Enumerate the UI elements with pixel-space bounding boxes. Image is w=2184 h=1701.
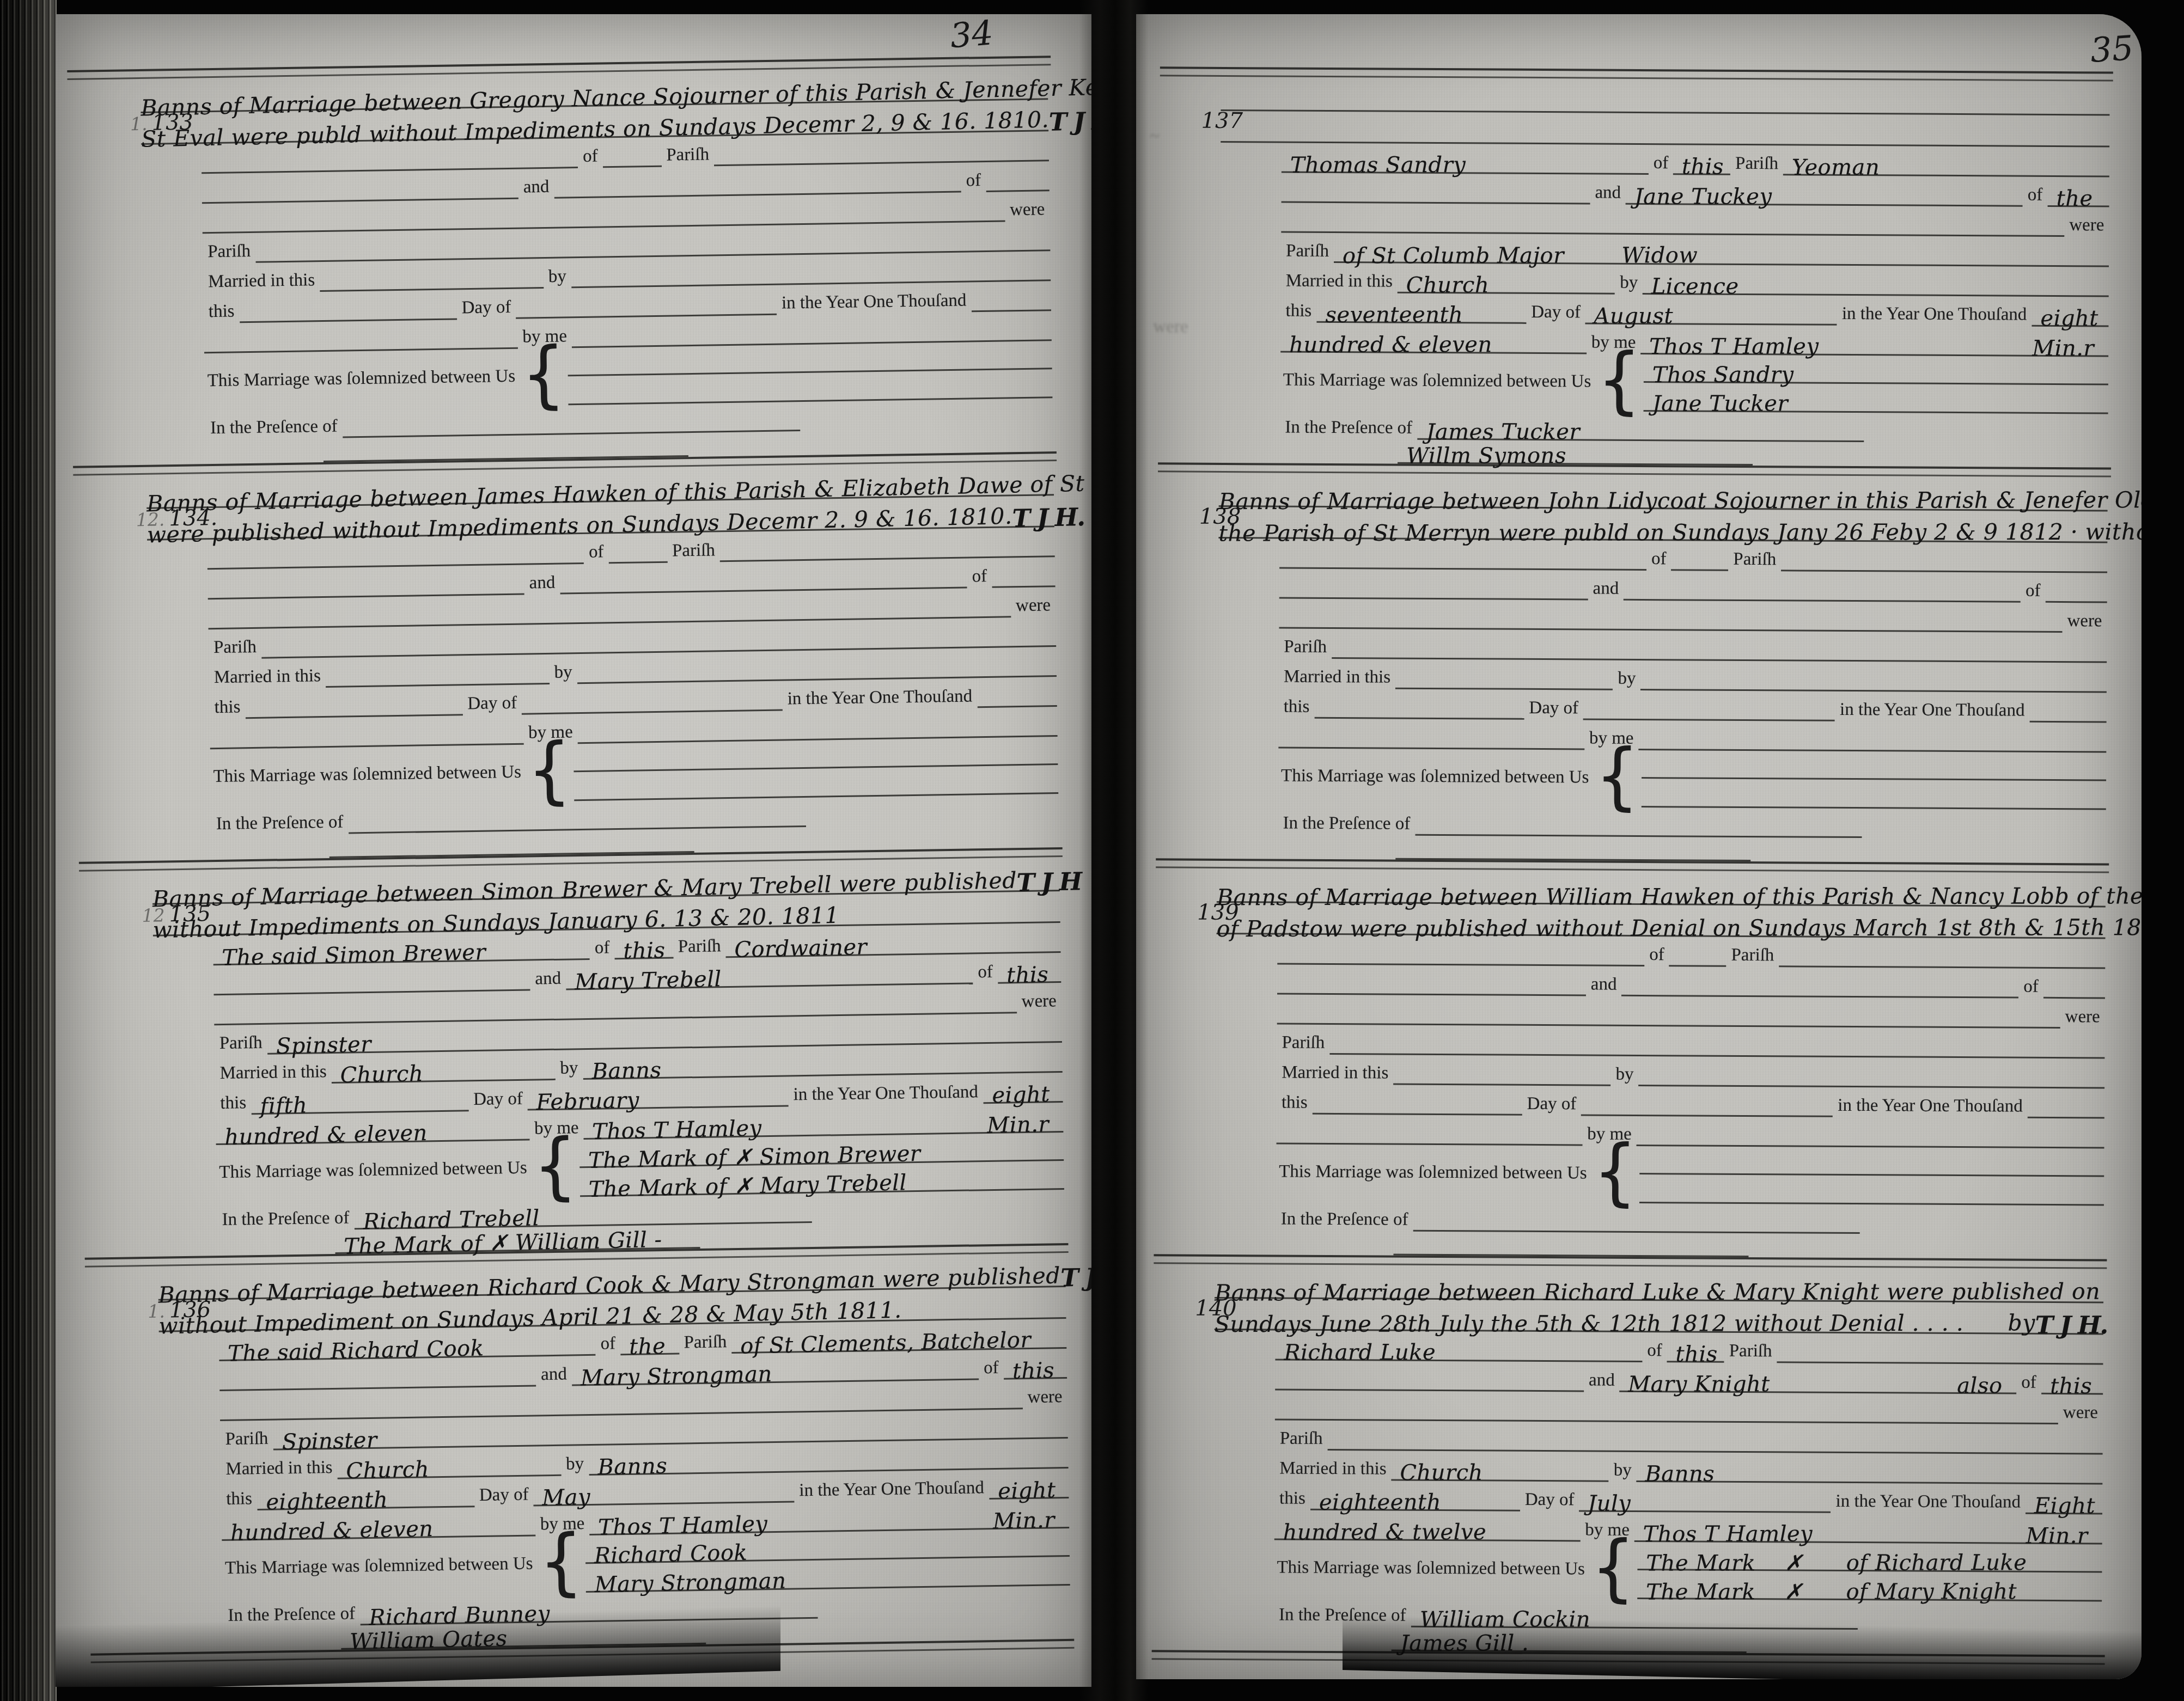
printed-married-in-this: Married in this: [221, 1458, 338, 1481]
form-line-solemnized: This Marriage was ſolemnized between Us …: [1276, 748, 2107, 809]
year-continue-blank: hundred & eleven: [1280, 329, 1587, 354]
signature-lines: [1639, 1146, 2104, 1206]
printed-year-one-thousand: in the Year One Thouſand: [1837, 304, 2032, 327]
minister-title: Min.r: [978, 1113, 1064, 1136]
printed-year-one-thousand: in the Year One Thouſand: [1835, 700, 2030, 723]
form-line-presence: In the Preſence of: [1278, 805, 2106, 840]
form-line-witness2: James Gill .: [1392, 1627, 2102, 1655]
minister-signature: Thos T Hamley: [1640, 336, 1819, 358]
year-continue-blank: hundred & eleven: [216, 1117, 529, 1146]
brace-glyph: {: [533, 1137, 578, 1196]
signature-lines: Thos Sandry Jane Tucker: [1643, 354, 2108, 414]
marriage-day: eighteenth: [1310, 1491, 1441, 1513]
minister-initials: T J H: [1016, 869, 1087, 895]
bride-status: Spinster: [273, 1429, 377, 1453]
month-blank: May: [533, 1479, 794, 1506]
printed-parish: Pariſh: [667, 540, 720, 562]
printed-of: of: [1649, 153, 1674, 175]
marriage-year-part1: eight: [2032, 308, 2098, 329]
witness1-signature: James Tucker: [1417, 421, 1580, 443]
bride-name: Jane Tuckey: [1626, 186, 1772, 207]
printed-day-of: Day of: [1526, 302, 1585, 325]
marriage-year-part1: eight: [989, 1479, 1056, 1503]
printed-married-in-this: Married in this: [1274, 1458, 1391, 1480]
brace-glyph: {: [1593, 1143, 1637, 1202]
printed-day-of: Day of: [468, 1089, 528, 1112]
printed-parish: Pariſh: [220, 1429, 273, 1451]
witness2-signature: Willm Symons: [1398, 445, 1566, 467]
printed-in-presence: In the Preſence of: [1276, 1209, 1413, 1231]
entry-number: 137: [1201, 108, 1243, 133]
brace-glyph: {: [1591, 1539, 1636, 1598]
marriage-month: May: [533, 1486, 591, 1509]
brace-glyph: {: [539, 1532, 584, 1592]
bride-name: Mary Strongman: [572, 1363, 773, 1390]
day-blank: eighteenth: [1310, 1487, 1520, 1512]
minister-initials: T J H.: [1060, 1264, 1091, 1290]
printed-parish: Pariſh: [673, 936, 726, 958]
page-right-content: 35 137 Thomas Sandry of this Pariſh Yeom…: [1136, 14, 2142, 1679]
marriage-month: February: [527, 1090, 639, 1113]
printed-year-one-thousand: in the Year One Thouſand: [1831, 1491, 2026, 1514]
signature-lines: [574, 736, 1059, 801]
banns-line-1: Banns of Marriage between Richard Luke &…: [1215, 1267, 2103, 1304]
printed-of: of: [595, 1333, 620, 1356]
minister-title: Min.r: [2017, 1525, 2102, 1547]
form-line-were: were: [1277, 994, 2105, 1029]
form-line-parish: Pariſh of St Columb Major Widow: [1281, 233, 2109, 267]
bride-signature-blank: [1642, 779, 2106, 810]
printed-parish: Pariſh: [209, 637, 261, 659]
married-place-blank: Church: [1398, 270, 1615, 295]
bride-of-blank: [2043, 997, 2105, 999]
printed-married-in-this: Married in this: [1279, 667, 1395, 689]
bride-status: of St Columb Major Widow: [1334, 244, 1698, 267]
printed-and: and: [536, 1364, 572, 1386]
book-spine-edge: [0, 0, 57, 1701]
page-right-header: 35: [1156, 21, 2128, 71]
form-line-date: this Day of in the Year One Thouſand: [1279, 689, 2107, 723]
printed-by: by: [561, 1454, 589, 1476]
minister-title: Min.r: [984, 1509, 1070, 1532]
printed-of: of: [979, 1358, 1004, 1380]
form-line-names: Thomas Sandry of this Pariſh Yeoman: [1282, 143, 2109, 178]
banns-text-2: of Padstow were published without Denial…: [1217, 916, 2142, 940]
married-place: Church: [337, 1459, 429, 1483]
brace-glyph: {: [527, 741, 572, 800]
married-by-blank: Banns: [1637, 1459, 2103, 1484]
register-entry: 1.136 Banns of Marriage between Richard …: [81, 1252, 1089, 1653]
printed-of: of: [2018, 977, 2043, 999]
register-entry: 12135 Banns of Marriage between Simon Br…: [75, 857, 1083, 1258]
of-parish-blank: this: [1667, 1339, 1724, 1363]
witness2-signature: William Oates: [341, 1627, 508, 1653]
printed-this: this: [215, 1093, 251, 1115]
minister-title: Min.r: [2023, 338, 2108, 359]
printed-of: of: [2016, 1373, 2041, 1394]
minister-initials: T J H.: [1012, 505, 1090, 531]
register-entry: 137 Thomas Sandry of this Pariſh Yeoman …: [1154, 76, 2128, 467]
printed-year-one-thousand: in the Year One Thouſand: [783, 686, 978, 711]
year-blank: eight: [989, 1475, 1069, 1500]
minister-signature: Thos T Hamley: [1634, 1523, 1813, 1546]
printed-were: were: [1022, 1387, 1067, 1409]
groom-parish-word: this: [614, 940, 666, 963]
bride-name: Mary Trebell: [566, 968, 722, 993]
bride-also-word: also: [1948, 1375, 2016, 1397]
printed-day-of: Day of: [1524, 698, 1583, 720]
printed-this: this: [1279, 697, 1315, 719]
printed-by: by: [555, 1058, 583, 1080]
bride-signature: Jane Tucker: [1643, 393, 1788, 414]
groom-signature: Thos Sandry: [1644, 364, 1794, 386]
banns-line-1: Banns of Marriage between John Lidycoat …: [1219, 475, 2108, 512]
form-line-witness2: [1395, 836, 2106, 864]
entries-column-left: 1.133 Banns of Marriage between Gregory …: [63, 65, 1090, 1663]
printed-married-in-this: Married in this: [1281, 271, 1398, 293]
marriage-day: seventeenth: [1316, 304, 1463, 326]
printed-solemnized: This Marriage was ſolemnized between Us: [1272, 1557, 1590, 1581]
printed-year-one-thousand: in the Year One Thouſand: [777, 290, 972, 315]
printed-by: by: [1611, 1064, 1639, 1086]
married-place-blank: Church: [337, 1453, 561, 1479]
bride-parish-word: this: [997, 964, 1048, 987]
form-line-bride: and of: [1277, 964, 2105, 999]
minister-signature: Thos T Hamley: [589, 1513, 768, 1539]
printed-and: and: [1586, 974, 1622, 996]
printed-this: this: [204, 301, 240, 323]
brace-glyph: {: [1597, 351, 1642, 410]
marriage-day: fifth: [251, 1094, 308, 1117]
minister-blank: Thos T Hamley Min.r: [1634, 1519, 2102, 1544]
printed-and: and: [1584, 1370, 1620, 1392]
printed-year-one-thousand: in the Year One Thouſand: [794, 1478, 989, 1502]
groom-parish-word: this: [1667, 1343, 1718, 1365]
printed-parish: Pariſh: [1726, 945, 1779, 968]
occupation-blank: Cordwainer: [725, 929, 1060, 958]
printed-solemnized: This Marriage was ſolemnized between Us: [1278, 370, 1596, 393]
page-left: 34 1.133 Banns of Marriage between Grego…: [56, 14, 1091, 1687]
bleedthrough-text: ~: [1150, 126, 1160, 146]
of-parish-blank: the: [620, 1331, 679, 1356]
day-blank: fifth: [251, 1088, 469, 1115]
form-line-presence: In the Preſence of: [1276, 1201, 2104, 1235]
page-number: 34: [949, 14, 995, 56]
bride-of-blank: this: [997, 959, 1061, 984]
printed-by: by: [549, 662, 577, 684]
printed-parish: Pariſh: [1724, 1341, 1777, 1363]
printed-parish: Pariſh: [679, 1332, 731, 1354]
form-line-byme: hundred & eleven by me Thos T Hamley Min…: [1280, 323, 2108, 357]
marriage-year-part2: hundred & eleven: [1280, 334, 1492, 356]
printed-by: by: [544, 266, 572, 289]
groom-signature-blank: [1642, 750, 2106, 781]
day-blank: eighteenth: [257, 1484, 475, 1510]
married-place: Church: [1398, 274, 1489, 296]
minister-blank: Thos T Hamley Min.r: [1640, 331, 2108, 357]
register-entry: 140 Banns of Marriage between Richard Lu…: [1148, 1264, 2122, 1655]
of-parish-blank: this: [614, 935, 673, 960]
year-continue-blank: hundred & twelve: [1274, 1516, 1581, 1541]
printed-of: of: [2023, 185, 2048, 207]
banns-text-1: Banns of Marriage between John Lidycoat …: [1219, 489, 2142, 513]
brace-glyph: {: [521, 345, 566, 405]
bride-parish-word: this: [1003, 1360, 1054, 1382]
day-blank: seventeenth: [1316, 299, 1526, 324]
groom-occupation: Cordwainer: [725, 936, 868, 961]
groom-name: Richard Luke: [1275, 1342, 1436, 1364]
form-line-byme: by me: [1277, 1114, 2104, 1148]
printed-this: this: [221, 1489, 257, 1511]
signature-lines: [568, 340, 1053, 405]
form-line-bride: and of: [1279, 569, 2107, 603]
printed-solemnized: This Marriage was ſolemnized between Us: [214, 1158, 532, 1185]
register-entry: 12.134. Banns of Marriage between James …: [69, 461, 1077, 862]
register-entry: 138 Banns of Marriage between John Lidyc…: [1151, 472, 2126, 863]
printed-and: and: [530, 969, 566, 991]
printed-parish: Pariſh: [1728, 549, 1781, 572]
of-parish-blank: this: [1673, 151, 1730, 175]
bride-signature: Mary Strongman: [585, 1570, 786, 1596]
printed-this: this: [1277, 1092, 1313, 1114]
form-line-byme: by me: [1278, 719, 2106, 753]
printed-day-of: Day of: [456, 297, 516, 320]
printed-solemnized: This Marriage was ſolemnized between Us: [202, 366, 520, 393]
banns-line-1: [1221, 79, 2109, 116]
bride-of-blank: the: [2047, 183, 2109, 207]
banns-text-2: the Parish of St Merryn were publd on Su…: [1218, 521, 2142, 544]
printed-solemnized: This Marriage was ſolemnized between Us: [1276, 766, 1594, 789]
married-by: Banns: [589, 1455, 668, 1478]
year-blank: eight: [983, 1079, 1063, 1104]
bride-name-blank: Jane Tuckey: [1626, 181, 2023, 207]
groom-signature: Richard Cook: [585, 1542, 747, 1567]
groom-name: The said Richard Cook: [219, 1337, 484, 1365]
printed-in-presence: In the Preſence of: [223, 1604, 360, 1627]
printed-this: this: [1280, 301, 1316, 323]
groom-occupation: Yeoman: [1783, 157, 1880, 179]
banns-line-1: Banns of Marriage between William Hawken…: [1217, 871, 2106, 908]
marriage-year-part2: hundred & eleven: [216, 1122, 428, 1148]
witness1-signature: Richard Trebell: [354, 1207, 540, 1233]
of-parish-blank: [1669, 965, 1727, 967]
groom-signature: The Mark ✗ of Richard Luke: [1637, 1552, 2027, 1574]
occupation-blank: of St Clements, Batchelor: [731, 1325, 1066, 1354]
groom-parish-word: this: [1673, 156, 1724, 178]
groom-occupation: of St Clements, Batchelor: [731, 1329, 1032, 1357]
printed-solemnized: This Marriage was ſolemnized between Us: [1274, 1161, 1592, 1185]
printed-married-in-this: Married in this: [209, 666, 326, 689]
brace-glyph: {: [1595, 747, 1639, 806]
year-blank: eight: [2032, 303, 2108, 327]
marriage-year-part2: hundred & twelve: [1274, 1521, 1486, 1544]
printed-by: by: [1613, 669, 1640, 690]
printed-were: were: [2060, 1007, 2105, 1029]
married-by: Licence: [1643, 276, 1739, 297]
printed-were: were: [2058, 1403, 2103, 1424]
printed-in-presence: In the Preſence of: [205, 417, 343, 440]
signature-lines: [1642, 750, 2107, 810]
printed-were: were: [2064, 215, 2109, 237]
entries-column-right: 137 Thomas Sandry of this Pariſh Yeoman …: [1148, 76, 2128, 1665]
printed-of: of: [578, 146, 603, 168]
printed-parish: Pariſh: [1275, 1428, 1328, 1451]
parish-status-blank: of St Columb Major Widow: [1334, 240, 2109, 267]
banns-text-1: Banns of Marriage between Richard Luke &…: [1215, 1281, 2100, 1305]
year-blank: Eight: [2026, 1491, 2102, 1515]
minister-signature: Thos T Hamley: [583, 1117, 762, 1143]
witness2-signature: James Gill .: [1392, 1632, 1529, 1654]
printed-solemnized: This Marriage was ſolemnized between Us: [208, 762, 526, 789]
printed-and: and: [524, 573, 560, 595]
married-place-blank: Church: [331, 1057, 555, 1084]
form-line-parish: Pariſh: [1277, 1024, 2104, 1058]
form-line-byme: hundred & twelve by me Thos T Hamley Min…: [1274, 1510, 2102, 1544]
month-blank: July: [1579, 1488, 1831, 1513]
printed-day-of: Day of: [474, 1485, 534, 1508]
bride-name-blank: Mary Knight also: [1620, 1369, 2017, 1394]
month-blank: August: [1585, 301, 1837, 325]
married-place: Church: [331, 1063, 423, 1087]
page-number: 35: [2089, 28, 2134, 70]
printed-parish: Pariſh: [215, 1033, 267, 1055]
bride-parish-word: the: [2047, 188, 2093, 210]
bride-parish-word: this: [2041, 1375, 2092, 1397]
printed-were: were: [1011, 595, 1056, 617]
printed-solemnized: This Marriage was ſolemnized between Us: [220, 1553, 538, 1580]
year-continue-blank: hundred & eleven: [222, 1513, 535, 1541]
printed-and: and: [1590, 182, 1626, 204]
bride-signature: The Mark ✗ of Mary Knight: [1637, 1581, 2017, 1603]
banns-line-2: [1221, 111, 2109, 148]
witness1-signature: Richard Bunney: [360, 1603, 550, 1629]
printed-parish: Pariſh: [1281, 241, 1334, 264]
printed-in-presence: In the Preſence of: [1278, 813, 1416, 836]
printed-this: this: [209, 697, 245, 719]
groom-name-blank: Thomas Sandry: [1282, 150, 1649, 175]
printed-of: of: [589, 938, 614, 960]
married-place-blank: Church: [1391, 1458, 1609, 1482]
month-blank: February: [527, 1084, 788, 1111]
printed-day-of: Day of: [1522, 1094, 1582, 1116]
printed-were: were: [1005, 199, 1050, 222]
form-line-were: were: [1279, 599, 2107, 633]
groom-name: The said Simon Brewer: [213, 941, 486, 969]
printed-married-in-this: Married in this: [203, 270, 320, 293]
printed-of: of: [967, 566, 992, 589]
groom-name-blank: Richard Luke: [1275, 1337, 1642, 1362]
form-line-solemnized: This Marriage was ſolemnized between Us …: [1278, 352, 2109, 413]
marriage-year-part1: eight: [983, 1084, 1050, 1107]
register-scan: 34 1.133 Banns of Marriage between Grego…: [0, 0, 2184, 1701]
printed-of: of: [1642, 1341, 1667, 1362]
bride-of-blank: this: [1003, 1355, 1067, 1380]
witness1-signature: William Cockin: [1411, 1608, 1590, 1631]
form-line-date: this Day of in the Year One Thouſand: [1277, 1084, 2104, 1118]
printed-in-presence: In the Preſence of: [1280, 418, 1417, 440]
printed-this: this: [1274, 1488, 1310, 1510]
register-entry: 139 Banns of Marriage between William Ha…: [1149, 868, 2124, 1259]
printed-year-one-thousand: in the Year One Thouſand: [788, 1082, 983, 1106]
printed-by: by: [1615, 273, 1643, 295]
of-parish-blank: [1671, 569, 1728, 571]
minister-initials: T J H.: [1049, 108, 1091, 134]
groom-signature-blank: [1639, 1146, 2104, 1177]
bride-of-blank: this: [2041, 1371, 2103, 1395]
printed-of: of: [1646, 549, 1671, 571]
form-line-married: Married in this by: [1277, 1054, 2104, 1088]
bride-of-blank: [2045, 601, 2107, 603]
form-line-witness2: Willm Symons: [1398, 440, 2108, 468]
bride-status: Spinster: [267, 1033, 371, 1057]
printed-married-in-this: Married in this: [1277, 1062, 1393, 1085]
marriage-month: July: [1579, 1493, 1631, 1515]
printed-by: by: [1609, 1460, 1637, 1482]
printed-in-presence: In the Preſence of: [211, 812, 349, 836]
groom-name: Thomas Sandry: [1282, 154, 1466, 176]
printed-parish: Pariſh: [1279, 637, 1332, 659]
printed-day-of: Day of: [1520, 1490, 1579, 1512]
marriage-year-part2: hundred & eleven: [222, 1518, 434, 1544]
marriage-day: eighteenth: [257, 1489, 388, 1514]
form-line-witness2: [1393, 1232, 2103, 1259]
printed-of: of: [2021, 581, 2046, 603]
printed-married-in-this: Married in this: [215, 1062, 332, 1085]
signature-lines: The Mark ✗ of Richard Luke The Mark ✗ of…: [1637, 1541, 2102, 1601]
printed-parish: Pariſh: [1277, 1032, 1329, 1055]
married-by-blank: Licence: [1643, 271, 2109, 297]
married-place: Church: [1391, 1462, 1483, 1484]
printed-in-presence: In the Preſence of: [217, 1208, 354, 1232]
printed-of: of: [584, 542, 609, 564]
form-line-married: Married in this by: [1279, 659, 2107, 693]
marriage-month: August: [1585, 305, 1674, 327]
printed-year-one-thousand: in the Year One Thouſand: [1833, 1096, 2028, 1118]
printed-day-of: Day of: [462, 693, 522, 716]
form-line-parish: Pariſh: [1275, 1420, 2103, 1454]
bride-signature-blank: [1639, 1174, 2104, 1206]
minister-initials: T J H.: [2035, 1313, 2113, 1337]
form-line-parish: Pariſh: [1279, 629, 2107, 663]
printed-and: and: [518, 177, 554, 199]
printed-parish: Pariſh: [203, 241, 255, 264]
printed-of: of: [973, 962, 998, 984]
banns-text-1: Banns of Marriage between William Hawken…: [1217, 885, 2142, 909]
printed-were: were: [2062, 611, 2107, 633]
form-line-solemnized: This Marriage was ſolemnized between Us …: [1272, 1540, 2102, 1601]
bleedthrough-text: were: [1153, 317, 1188, 337]
married-by: Banns: [583, 1059, 662, 1082]
printed-were: were: [1016, 991, 1062, 1013]
printed-and: and: [1588, 578, 1624, 600]
form-line-solemnized: This Marriage was ſolemnized between Us …: [1274, 1144, 2104, 1205]
groom-parish-word: the: [620, 1336, 666, 1359]
form-line-married: Married in this Church by Banns: [1274, 1450, 2102, 1484]
bride-name: Mary Knight: [1620, 1373, 1771, 1395]
register-entry: 1.133 Banns of Marriage between Gregory …: [63, 65, 1072, 466]
banns-text-2: Sundays June 28th July the 5th & 12th 18…: [1215, 1312, 2035, 1336]
printed-parish: Pariſh: [1730, 154, 1783, 176]
page-left-content: 34 1.133 Banns of Marriage between Grego…: [56, 14, 1091, 1687]
printed-parish: Pariſh: [661, 144, 714, 167]
page-right: 35 137 Thomas Sandry of this Pariſh Yeom…: [1136, 14, 2142, 1679]
married-by: Banns: [1637, 1463, 1715, 1485]
marriage-year-part1: Eight: [2026, 1495, 2095, 1517]
printed-in-presence: In the Preſence of: [1274, 1605, 1411, 1627]
printed-of: of: [1644, 945, 1669, 966]
entry-margin-number: 137: [1155, 83, 1243, 158]
printed-of: of: [961, 170, 986, 193]
